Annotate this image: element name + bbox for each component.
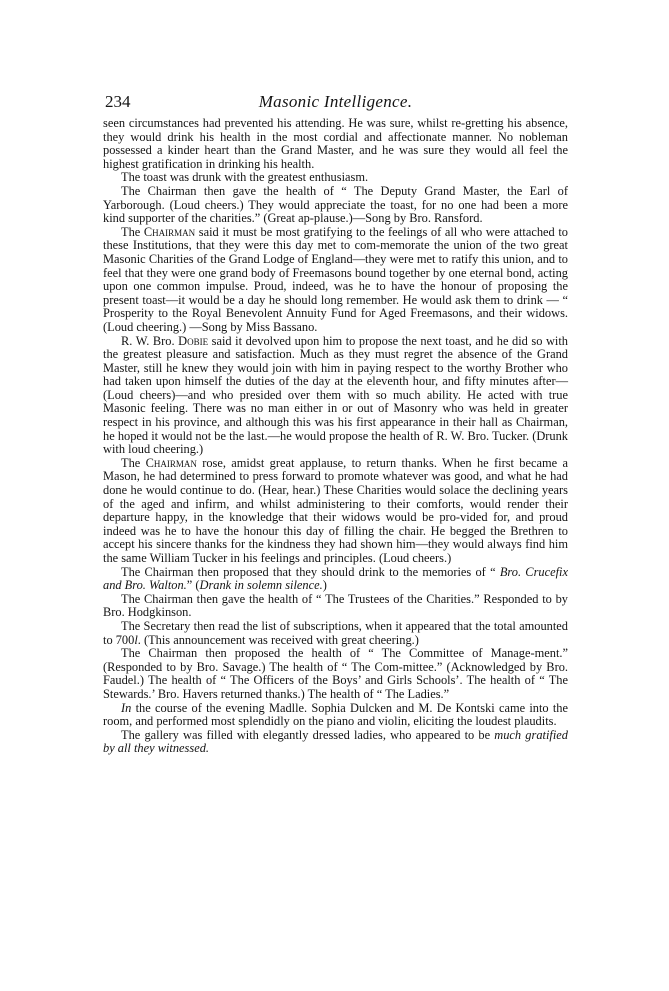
text-segment: the course of the evening Madlle. Sophia… bbox=[103, 701, 568, 729]
text-segment: The bbox=[121, 456, 146, 470]
paragraph: The Chairman then gave the health of “ T… bbox=[103, 593, 568, 620]
text-segment: The Chairman then gave the health of “ T… bbox=[103, 592, 568, 620]
paragraph: seen circumstances had prevented his att… bbox=[103, 117, 568, 171]
text-segment: Dobie bbox=[178, 334, 208, 348]
text-segment: Drank in solemn silence. bbox=[200, 578, 323, 592]
text-segment: ” ( bbox=[187, 578, 200, 592]
running-title: Masonic Intelligence. bbox=[103, 92, 568, 112]
paragraph: The Chairman then proposed that they sho… bbox=[103, 566, 568, 593]
text-segment: seen circumstances had prevented his att… bbox=[103, 116, 568, 171]
text-segment: The Chairman then gave the health of “ T… bbox=[103, 184, 568, 225]
text-segment: said it devolved upon him to propose the… bbox=[103, 334, 568, 457]
text-segment: ) bbox=[323, 578, 327, 592]
text-segment: In bbox=[121, 701, 131, 715]
text-segment: The bbox=[121, 225, 144, 239]
document-page: 234 Masonic Intelligence. seen circumsta… bbox=[103, 92, 568, 756]
text-segment: R. W. Bro. bbox=[121, 334, 178, 348]
paragraph: The Chairman said it must be most gratif… bbox=[103, 226, 568, 335]
text-segment: rose, amidst great applause, to return t… bbox=[103, 456, 568, 565]
paragraph: The Chairman then gave the health of “ T… bbox=[103, 185, 568, 226]
body-text: seen circumstances had prevented his att… bbox=[103, 117, 568, 756]
paragraph: In the course of the evening Madlle. Sop… bbox=[103, 702, 568, 729]
text-segment: . (This announcement was received with g… bbox=[138, 633, 419, 647]
text-segment: Chairman bbox=[146, 456, 197, 470]
running-head: 234 Masonic Intelligence. bbox=[103, 92, 568, 112]
paragraph: The Chairman then proposed the health of… bbox=[103, 647, 568, 701]
text-segment: The toast was drunk with the greatest en… bbox=[121, 170, 368, 184]
text-segment: said it must be most gratifying to the f… bbox=[103, 225, 568, 334]
paragraph: The gallery was filled with elegantly dr… bbox=[103, 729, 568, 756]
text-segment: The gallery was filled with elegantly dr… bbox=[121, 728, 494, 742]
paragraph: R. W. Bro. Dobie said it devolved upon h… bbox=[103, 335, 568, 457]
paragraph: The Secretary then read the list of subs… bbox=[103, 620, 568, 647]
text-segment: The Chairman then proposed the health of… bbox=[103, 646, 568, 701]
paragraph: The Chairman rose, amidst great applause… bbox=[103, 457, 568, 566]
text-segment: Chairman bbox=[144, 225, 195, 239]
text-segment: The Chairman then proposed that they sho… bbox=[121, 565, 500, 579]
paragraph: The toast was drunk with the greatest en… bbox=[103, 171, 568, 185]
